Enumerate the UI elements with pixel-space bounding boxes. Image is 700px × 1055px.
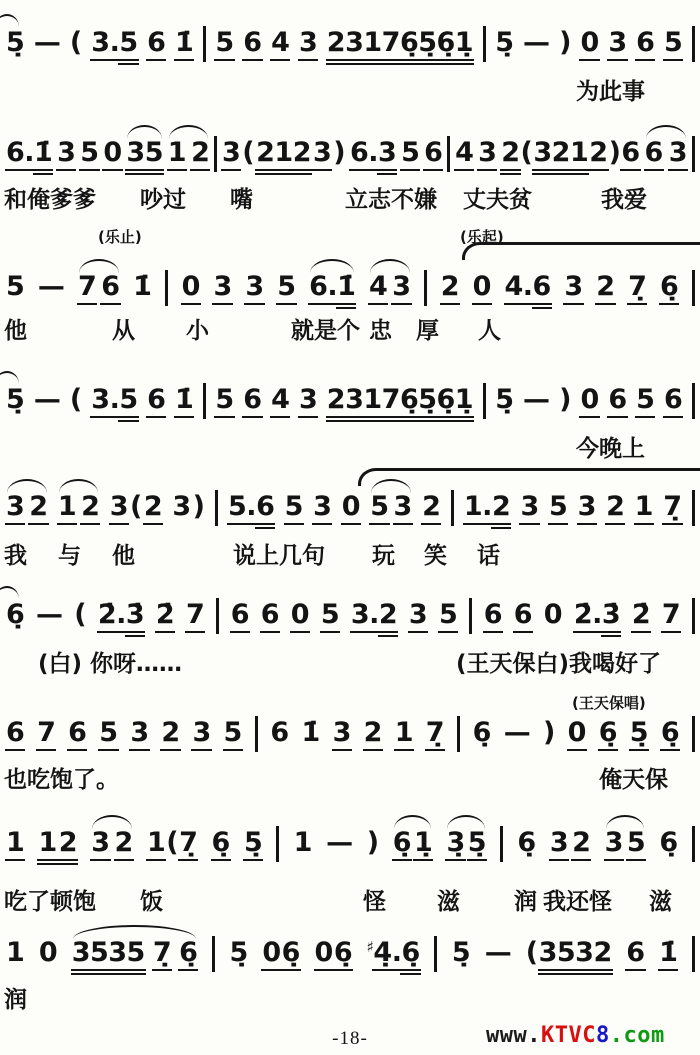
note-group: 3.2	[351, 600, 397, 637]
note-group	[483, 383, 486, 422]
note: 1.	[464, 492, 492, 529]
note-group	[434, 936, 437, 975]
score-system: 6765323561̇3217̣6̣—)06̣5̣6̣也吃饱了。俺天保	[0, 710, 700, 755]
note-group: —	[485, 938, 512, 975]
note-group: 6	[424, 138, 442, 175]
barline	[692, 598, 695, 634]
note-group	[692, 270, 695, 309]
notation-row: 5̣—(3.561̇564323176̣5̣6̣1̣5̣—)0365	[0, 20, 700, 65]
note: 6	[636, 28, 654, 65]
note: 0	[39, 938, 57, 975]
note: 0	[291, 600, 309, 637]
note-group: 3	[213, 272, 231, 309]
note-group: 2̇.3̇	[574, 600, 620, 637]
note: 3535	[72, 938, 145, 975]
barline	[451, 490, 454, 526]
note: 3	[564, 272, 582, 309]
note-group: 1	[635, 492, 653, 529]
note-group: 5̣	[495, 28, 513, 65]
note-group	[692, 26, 695, 65]
note: 3532	[539, 938, 612, 975]
note-group: 23176̣5̣6̣1̣	[327, 28, 473, 65]
note-group: 32	[91, 828, 133, 865]
note: —	[523, 385, 550, 422]
note-group: 4	[271, 28, 289, 65]
barline	[216, 598, 219, 634]
note-group: 5	[215, 385, 233, 422]
note: 4.	[505, 272, 533, 309]
note: 2	[364, 718, 382, 755]
note-group: 3	[409, 600, 427, 637]
note-group: 5	[224, 718, 242, 755]
note-group	[692, 716, 695, 755]
note: 6	[256, 492, 274, 529]
note: 2317	[327, 28, 400, 65]
note-group: 3	[299, 385, 317, 422]
note: 3.	[91, 28, 119, 65]
note: (	[526, 938, 538, 975]
note-group: 5	[80, 138, 98, 175]
note-group: 6	[664, 385, 682, 422]
note: 0	[473, 272, 491, 309]
note: 5	[321, 600, 339, 637]
note: 7	[78, 272, 96, 309]
barline	[212, 936, 215, 972]
note-group: 5	[401, 138, 419, 175]
note: 2	[115, 828, 133, 865]
note-group: 2	[606, 492, 624, 529]
note: 3	[192, 718, 210, 755]
note: 6̣	[401, 938, 419, 975]
barline	[692, 716, 695, 752]
note: 7̣	[628, 272, 646, 309]
note: (	[74, 600, 86, 637]
note-group: —	[38, 272, 65, 309]
note-group: 6̣	[6, 600, 24, 637]
note-group: 5̣	[6, 28, 24, 65]
note: 3	[394, 492, 412, 529]
note: 6̣	[6, 600, 24, 637]
note: 1	[38, 828, 56, 865]
note: 6	[664, 385, 682, 422]
note: 6̣	[599, 718, 617, 755]
note-group: 3	[299, 28, 317, 65]
lyrics-row: 今晚上	[0, 430, 700, 464]
note: 3	[213, 272, 231, 309]
lyrics-row: 他从小就是个忠厚人	[0, 312, 700, 346]
note-group: 7̣	[663, 492, 681, 529]
note-group: 7	[186, 600, 204, 637]
note: 6.	[309, 272, 337, 309]
note-group: 7̣	[426, 718, 444, 755]
note-group: 6̣	[599, 718, 617, 755]
lyric: 吃了顿饱	[4, 883, 96, 916]
note: 1̇	[175, 28, 193, 65]
note: 6̣5̣6̣1̣	[400, 28, 473, 65]
note: 6	[533, 272, 551, 309]
note-group: 1̇	[133, 272, 151, 309]
note-group: 2	[364, 718, 382, 755]
note: 3	[245, 272, 263, 309]
note: —	[326, 828, 353, 865]
note: 5	[224, 718, 242, 755]
note: 6	[147, 28, 165, 65]
note-group: 5̣	[6, 385, 24, 422]
note: 212	[256, 138, 311, 175]
lyrics-row: 也吃饱了。俺天保	[0, 761, 700, 795]
note: 3	[608, 28, 626, 65]
note-group: —	[36, 600, 63, 637]
note-group: 0	[291, 600, 309, 637]
note: 3	[57, 138, 75, 175]
note: 3	[392, 272, 410, 309]
note-group: —	[523, 28, 550, 65]
note-group: —	[34, 28, 61, 65]
note-group: 6	[608, 385, 626, 422]
barline	[692, 936, 695, 972]
note: 1	[6, 938, 24, 975]
note-group: 3	[192, 718, 210, 755]
note-group: 3	[57, 138, 75, 175]
note-group	[203, 26, 206, 65]
note: 0	[315, 938, 333, 975]
note: 1̇	[133, 272, 151, 309]
lyric: (王天保白)我喝好了	[456, 645, 661, 678]
note: 6	[147, 385, 165, 422]
note: 6̣	[212, 828, 230, 865]
note: 0	[103, 138, 121, 175]
barline	[692, 26, 695, 62]
note-group: 5	[215, 28, 233, 65]
note: 0	[580, 28, 598, 65]
note-group: —	[34, 385, 61, 422]
note: 2	[161, 718, 179, 755]
lyrics-row: 为此事	[0, 73, 700, 107]
note-group: 5	[6, 272, 24, 309]
lyric: 厚	[416, 312, 439, 345]
note: 2	[422, 492, 440, 529]
note: —	[38, 272, 65, 309]
note-group: 6	[6, 718, 24, 755]
score-system: 6.1̇35035123(2123)6.356432(3212)663和俺爹爹吵…	[0, 130, 700, 175]
note: )	[367, 828, 379, 865]
note: 2	[606, 492, 624, 529]
note-group	[692, 136, 695, 175]
note-group: 4.6	[505, 272, 551, 309]
note: 1	[635, 492, 653, 529]
note-group	[483, 26, 486, 65]
lyric: 从	[112, 312, 135, 345]
note: 6.	[6, 138, 34, 175]
lyric: 也吃饱了。	[4, 761, 119, 794]
note-group: 2̇	[156, 600, 174, 637]
watermark-segment: www.	[486, 1023, 541, 1048]
note-group	[212, 936, 215, 975]
note-group: 0	[473, 272, 491, 309]
note: 6	[645, 138, 663, 175]
note: 6	[231, 600, 249, 637]
note-group: 0	[580, 28, 598, 65]
notation-row: 112321(7̣6̣5̣1—)6̣1̣3̣5̣6̣32356̣	[0, 820, 700, 865]
note: 2	[379, 600, 397, 637]
note-group	[692, 826, 695, 865]
barline	[692, 136, 695, 172]
note-group: 76	[78, 272, 120, 309]
note: 0	[182, 272, 200, 309]
note: 6̣	[393, 828, 411, 865]
lyric: 笑	[424, 537, 447, 570]
note: 6	[261, 600, 279, 637]
barline	[276, 826, 279, 862]
note-group: 2(3212)6	[501, 138, 639, 175]
note-group: 0	[544, 600, 562, 637]
notation-row: 6.1̇35035123(2123)6.356432(3212)663	[0, 130, 700, 175]
note-group: 3	[245, 272, 263, 309]
note: )	[559, 28, 571, 65]
note: 5̣	[230, 938, 248, 975]
annotation: (王天保唱)	[572, 692, 646, 713]
note-group: 12	[58, 492, 100, 529]
note: 5	[627, 828, 645, 865]
note: 1̇	[337, 272, 355, 309]
note-group: 06̣	[315, 938, 353, 975]
note: )	[333, 138, 345, 175]
note: 3	[130, 718, 148, 755]
note-group: 3	[578, 492, 596, 529]
note: 3	[299, 385, 317, 422]
note-group: 6̣	[659, 828, 677, 865]
barline	[434, 936, 437, 972]
barline	[483, 26, 486, 62]
lyric: 嘴	[230, 181, 253, 214]
note: 1	[147, 828, 165, 865]
lyric: 怪	[363, 883, 386, 916]
watermark-segment: .com	[610, 1023, 665, 1048]
note-group: 3	[313, 492, 331, 529]
lyric: 我还怪	[543, 883, 612, 916]
note: 2	[144, 492, 162, 529]
note-group	[692, 383, 695, 422]
notation-row: 6765323561̇3217̣6̣—)06̣5̣6̣	[0, 710, 700, 755]
note: 3	[578, 492, 596, 529]
note: 1	[395, 718, 413, 755]
note-group: 7̣	[628, 272, 646, 309]
notation-row: 32123(23)5.65305321.2353217̣	[0, 484, 700, 529]
note-group: 0	[103, 138, 121, 175]
note: 6	[101, 272, 119, 309]
note: 6	[6, 718, 24, 755]
note: 1	[58, 492, 76, 529]
lyric: 丈夫贫	[463, 181, 532, 214]
note: 6	[621, 138, 639, 175]
score-system: 32123(23)5.65305321.2353217̣我与他说上几句玩笑话	[0, 484, 700, 529]
note: 0	[568, 718, 586, 755]
note: 6̣	[517, 828, 535, 865]
note: 6	[68, 718, 86, 755]
note-group: 5.6	[228, 492, 274, 529]
note: 2̇	[156, 600, 174, 637]
note: 0	[262, 938, 280, 975]
notation-row: 5—761̇03356.1̇43204.6327̣6̣	[0, 264, 700, 309]
note-group	[469, 598, 472, 637]
note: 4	[455, 138, 473, 175]
note-group: 5	[277, 272, 295, 309]
score-system: 5—761̇03356.1̇43204.6327̣6̣他从小就是个忠厚人	[0, 264, 700, 309]
note-group: 5	[99, 718, 117, 755]
note-group: 3	[333, 718, 351, 755]
phrase-overline	[358, 468, 700, 486]
note: 2	[29, 492, 47, 529]
note: 2̇.	[98, 600, 126, 637]
note: 6̣	[179, 938, 197, 975]
watermark: www.KTVC8.com	[486, 1023, 665, 1048]
note-group: 5̣	[452, 938, 470, 975]
note: 3	[313, 138, 331, 175]
note-group: 2	[441, 272, 459, 309]
note: 1̣	[414, 828, 432, 865]
score-page: 5̣—(3.561̇564323176̣5̣6̣1̣5̣—)0365为此事6.1…	[0, 0, 700, 1055]
note-group: —	[326, 828, 353, 865]
note-group: 0	[568, 718, 586, 755]
note-group: 7	[37, 718, 55, 755]
lyric: 我	[4, 537, 27, 570]
note-group: 6̣	[212, 828, 230, 865]
note: (	[70, 385, 82, 422]
note: 6	[243, 28, 261, 65]
lyric: 话	[477, 537, 500, 570]
note-group	[692, 490, 695, 529]
note: (	[521, 138, 533, 175]
note: 3̇	[602, 600, 620, 637]
note: 7̣	[179, 828, 197, 865]
lyric: 人	[478, 312, 501, 345]
note-group: 3.5	[91, 385, 137, 422]
barline	[203, 26, 206, 62]
note: 5	[119, 385, 137, 422]
note-group: 1.2	[464, 492, 510, 529]
note-group: 5̣	[630, 718, 648, 755]
note-group: 3	[564, 272, 582, 309]
phrase-overline	[462, 242, 700, 260]
note-group: 35357̣6̣	[72, 938, 198, 975]
note-group: 1	[6, 828, 24, 865]
note: 5	[285, 492, 303, 529]
note-group: 6	[68, 718, 86, 755]
note: 5̣	[468, 828, 486, 865]
note: 2	[589, 138, 607, 175]
note-group: 23176̣5̣6̣1̣	[327, 385, 473, 422]
note: 5.	[228, 492, 256, 529]
note: 3	[378, 138, 396, 175]
note-group: 3̣5̣	[446, 828, 486, 865]
note: 6̣	[660, 272, 678, 309]
barline	[692, 383, 695, 419]
score-system: 5̣—(3.561̇564323176̣5̣6̣1̣5̣—)0656今晚上	[0, 377, 700, 422]
note: 2	[596, 272, 614, 309]
note: 7	[186, 600, 204, 637]
note: 4	[369, 272, 387, 309]
note-group: 06̣	[262, 938, 300, 975]
note: 2	[492, 492, 510, 529]
note-group: 1	[294, 828, 312, 865]
note-group: 5	[321, 600, 339, 637]
note: 6	[270, 718, 288, 755]
note-group: 1̇	[175, 28, 193, 65]
note-group: 4	[271, 385, 289, 422]
note: —	[36, 600, 63, 637]
note-group	[276, 826, 279, 865]
note-group: 2	[161, 718, 179, 755]
note: —	[523, 28, 550, 65]
note-group: 2̇	[632, 600, 650, 637]
note: 6̣	[661, 718, 679, 755]
note-group: 6	[270, 718, 288, 755]
note: 4̣.	[373, 938, 401, 975]
note-group: )	[559, 28, 571, 65]
note: 3	[110, 492, 128, 529]
watermark-segment: KTVC	[541, 1023, 596, 1048]
note-group: 4	[455, 138, 473, 175]
note-group: 1(7̣	[147, 828, 197, 865]
note-group: 32	[550, 828, 591, 865]
note: (	[166, 828, 178, 865]
note: ♯	[367, 932, 374, 962]
note: 3	[669, 138, 687, 175]
note: 3	[409, 600, 427, 637]
note: 3	[605, 828, 623, 865]
lyrics-row: 吃了顿饱饭怪滋润我还怪滋	[0, 883, 700, 917]
note: 5	[401, 138, 419, 175]
note: 0	[342, 492, 360, 529]
note-group: 63	[645, 138, 688, 175]
note-group: 0	[182, 272, 200, 309]
lyric: 玩	[372, 537, 395, 570]
lyric: 润	[514, 883, 537, 916]
lyric: 忠	[369, 312, 392, 345]
barline	[215, 490, 218, 526]
note-group: 6.1̇	[309, 272, 355, 309]
note: 2̇.	[574, 600, 602, 637]
note-group: —	[523, 385, 550, 422]
lyric: 他	[4, 312, 27, 345]
note: 35	[126, 138, 163, 175]
note: 3.	[351, 600, 379, 637]
note-group: 6	[147, 28, 165, 65]
note: 5	[119, 28, 137, 65]
note-group	[215, 490, 218, 529]
note: 5	[664, 28, 682, 65]
note: (	[130, 492, 142, 529]
note-group: 5̣	[230, 938, 248, 975]
note-group: 6	[231, 600, 249, 637]
note-group: 0	[342, 492, 360, 529]
barline	[692, 270, 695, 306]
note-group	[457, 716, 460, 755]
note-group: 5̣	[244, 828, 262, 865]
notation-row: 5̣—(3.561̇564323176̣5̣6̣1̣5̣—)0656	[0, 377, 700, 422]
note-group	[255, 716, 258, 755]
note: 3	[478, 138, 496, 175]
note: 6̣	[659, 828, 677, 865]
note-group: 32	[6, 492, 48, 529]
barline	[255, 716, 258, 752]
note-group	[165, 270, 168, 309]
lyric: 润	[4, 981, 27, 1014]
note-group: 2	[422, 492, 440, 529]
note: 5̣	[452, 938, 470, 975]
note: 5̣	[6, 385, 24, 422]
note-group: 3	[130, 718, 148, 755]
